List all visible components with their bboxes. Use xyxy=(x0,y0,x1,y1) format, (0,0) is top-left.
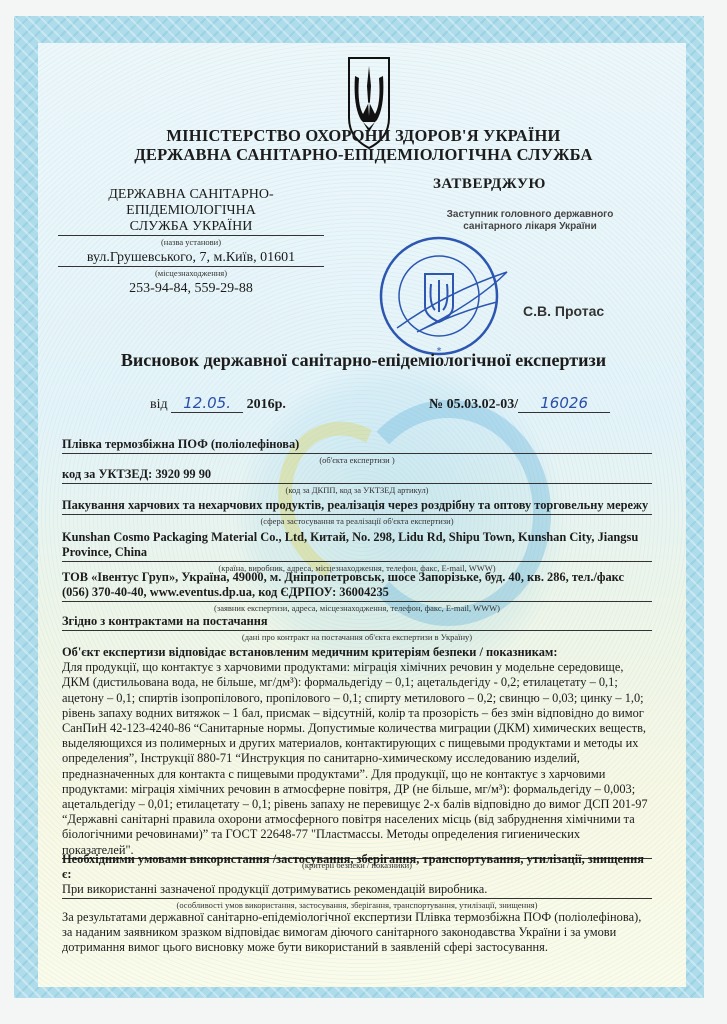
service-name: ДЕРЖАВНА САНІТАРНО-ЕПІДЕМІОЛОГІЧНА СЛУЖБ… xyxy=(0,145,727,164)
institution-address-caption: (місцезнаходження) xyxy=(58,267,324,279)
date-prefix: від xyxy=(150,397,168,412)
institution-name-line1: ДЕРЖАВНА САНІТАРНО-ЕПІДЕМІОЛОГІЧНА xyxy=(58,187,324,219)
criteria-heading: Об'єкт експертизи відповідає встановлени… xyxy=(62,645,652,660)
field-scope: Пакування харчових та нехарчових продукт… xyxy=(62,498,652,527)
institution-address: вул.Грушевського, 7, м.Київ, 01601 xyxy=(58,250,324,267)
conditions-heading: Необхідними умовами використання /застос… xyxy=(62,852,652,882)
field-value: ТОВ «Івентус Груп», Україна, 49000, м. Д… xyxy=(62,570,652,602)
institution-name-line2: СЛУЖБА УКРАЇНИ xyxy=(58,219,324,236)
signer-position: Заступник головного державного санітарно… xyxy=(420,209,640,233)
field-contract: Згідно з контрактами на постачання (дані… xyxy=(62,614,652,643)
institution-name-caption: (назва установи) xyxy=(58,236,324,248)
field-manufacturer: Kunshan Cosmo Packaging Material Co., Lt… xyxy=(62,530,652,574)
number-prefix: № 05.03.02-03/ xyxy=(429,397,518,412)
field-caption: (код за ДКПП, код за УКТЗЕД артикул) xyxy=(62,484,652,496)
institution-block: ДЕРЖАВНА САНІТАРНО-ЕПІДЕМІОЛОГІЧНА СЛУЖБ… xyxy=(58,187,324,297)
conclusion-text: За результатами державної санітарно-епід… xyxy=(62,910,652,956)
date-year: 2016р. xyxy=(247,397,286,412)
field-object: Плівка термозбіжна ПОФ (поліолефінова) (… xyxy=(62,437,652,466)
approval-label: ЗАТВЕРДЖУЮ xyxy=(433,176,546,193)
field-value: Пакування харчових та нехарчових продукт… xyxy=(62,498,652,515)
field-value: код за УКТЗЕД: 3920 99 90 xyxy=(62,467,652,484)
official-stamp-icon: * xyxy=(377,232,517,360)
criteria-section: Об'єкт експертизи відповідає встановлени… xyxy=(62,645,652,871)
conclusion-section: За результатами державної санітарно-епід… xyxy=(62,910,652,956)
criteria-text: Для продукції, що контактує з харчовими … xyxy=(62,660,652,859)
field-caption: (об'єкта експертизи ) xyxy=(62,454,652,466)
conditions-caption: (особливості умов використання, застосув… xyxy=(62,899,652,911)
document-title: Висновок державної санітарно-епідеміолог… xyxy=(0,350,727,371)
position-line1: Заступник головного державного xyxy=(420,209,640,221)
document-number: № 05.03.02-03/16026 xyxy=(429,394,610,413)
number-handwritten: 16026 xyxy=(518,394,610,413)
field-value: Плівка термозбіжна ПОФ (поліолефінова) xyxy=(62,437,652,454)
field-caption: (дані про контракт на постачання об'єкта… xyxy=(62,631,652,643)
ministry-name: МІНІСТЕРСТВО ОХОРОНИ ЗДОРОВ'Я УКРАЇНИ xyxy=(0,126,727,145)
issue-date: від 12.05. 2016р. xyxy=(150,394,286,413)
field-code: код за УКТЗЕД: 3920 99 90 (код за ДКПП, … xyxy=(62,467,652,496)
field-value: Kunshan Cosmo Packaging Material Co., Lt… xyxy=(62,530,652,562)
field-caption: (сфера застосування та реалізації об'єкт… xyxy=(62,515,652,527)
conditions-text: При використанні зазначеної продукції до… xyxy=(62,882,652,898)
signer-name: С.В. Протас xyxy=(523,303,604,319)
field-value: Згідно з контрактами на постачання xyxy=(62,614,652,631)
conditions-section: Необхідними умовами використання /застос… xyxy=(62,852,652,911)
field-applicant: ТОВ «Івентус Груп», Україна, 49000, м. Д… xyxy=(62,570,652,614)
institution-phones: 253-94-84, 559-29-88 xyxy=(58,281,324,297)
field-caption: (заявник експертизи, адреса, місцезнаход… xyxy=(62,602,652,614)
ministry-header: МІНІСТЕРСТВО ОХОРОНИ ЗДОРОВ'Я УКРАЇНИ ДЕ… xyxy=(0,126,727,164)
date-handwritten: 12.05. xyxy=(171,394,243,413)
